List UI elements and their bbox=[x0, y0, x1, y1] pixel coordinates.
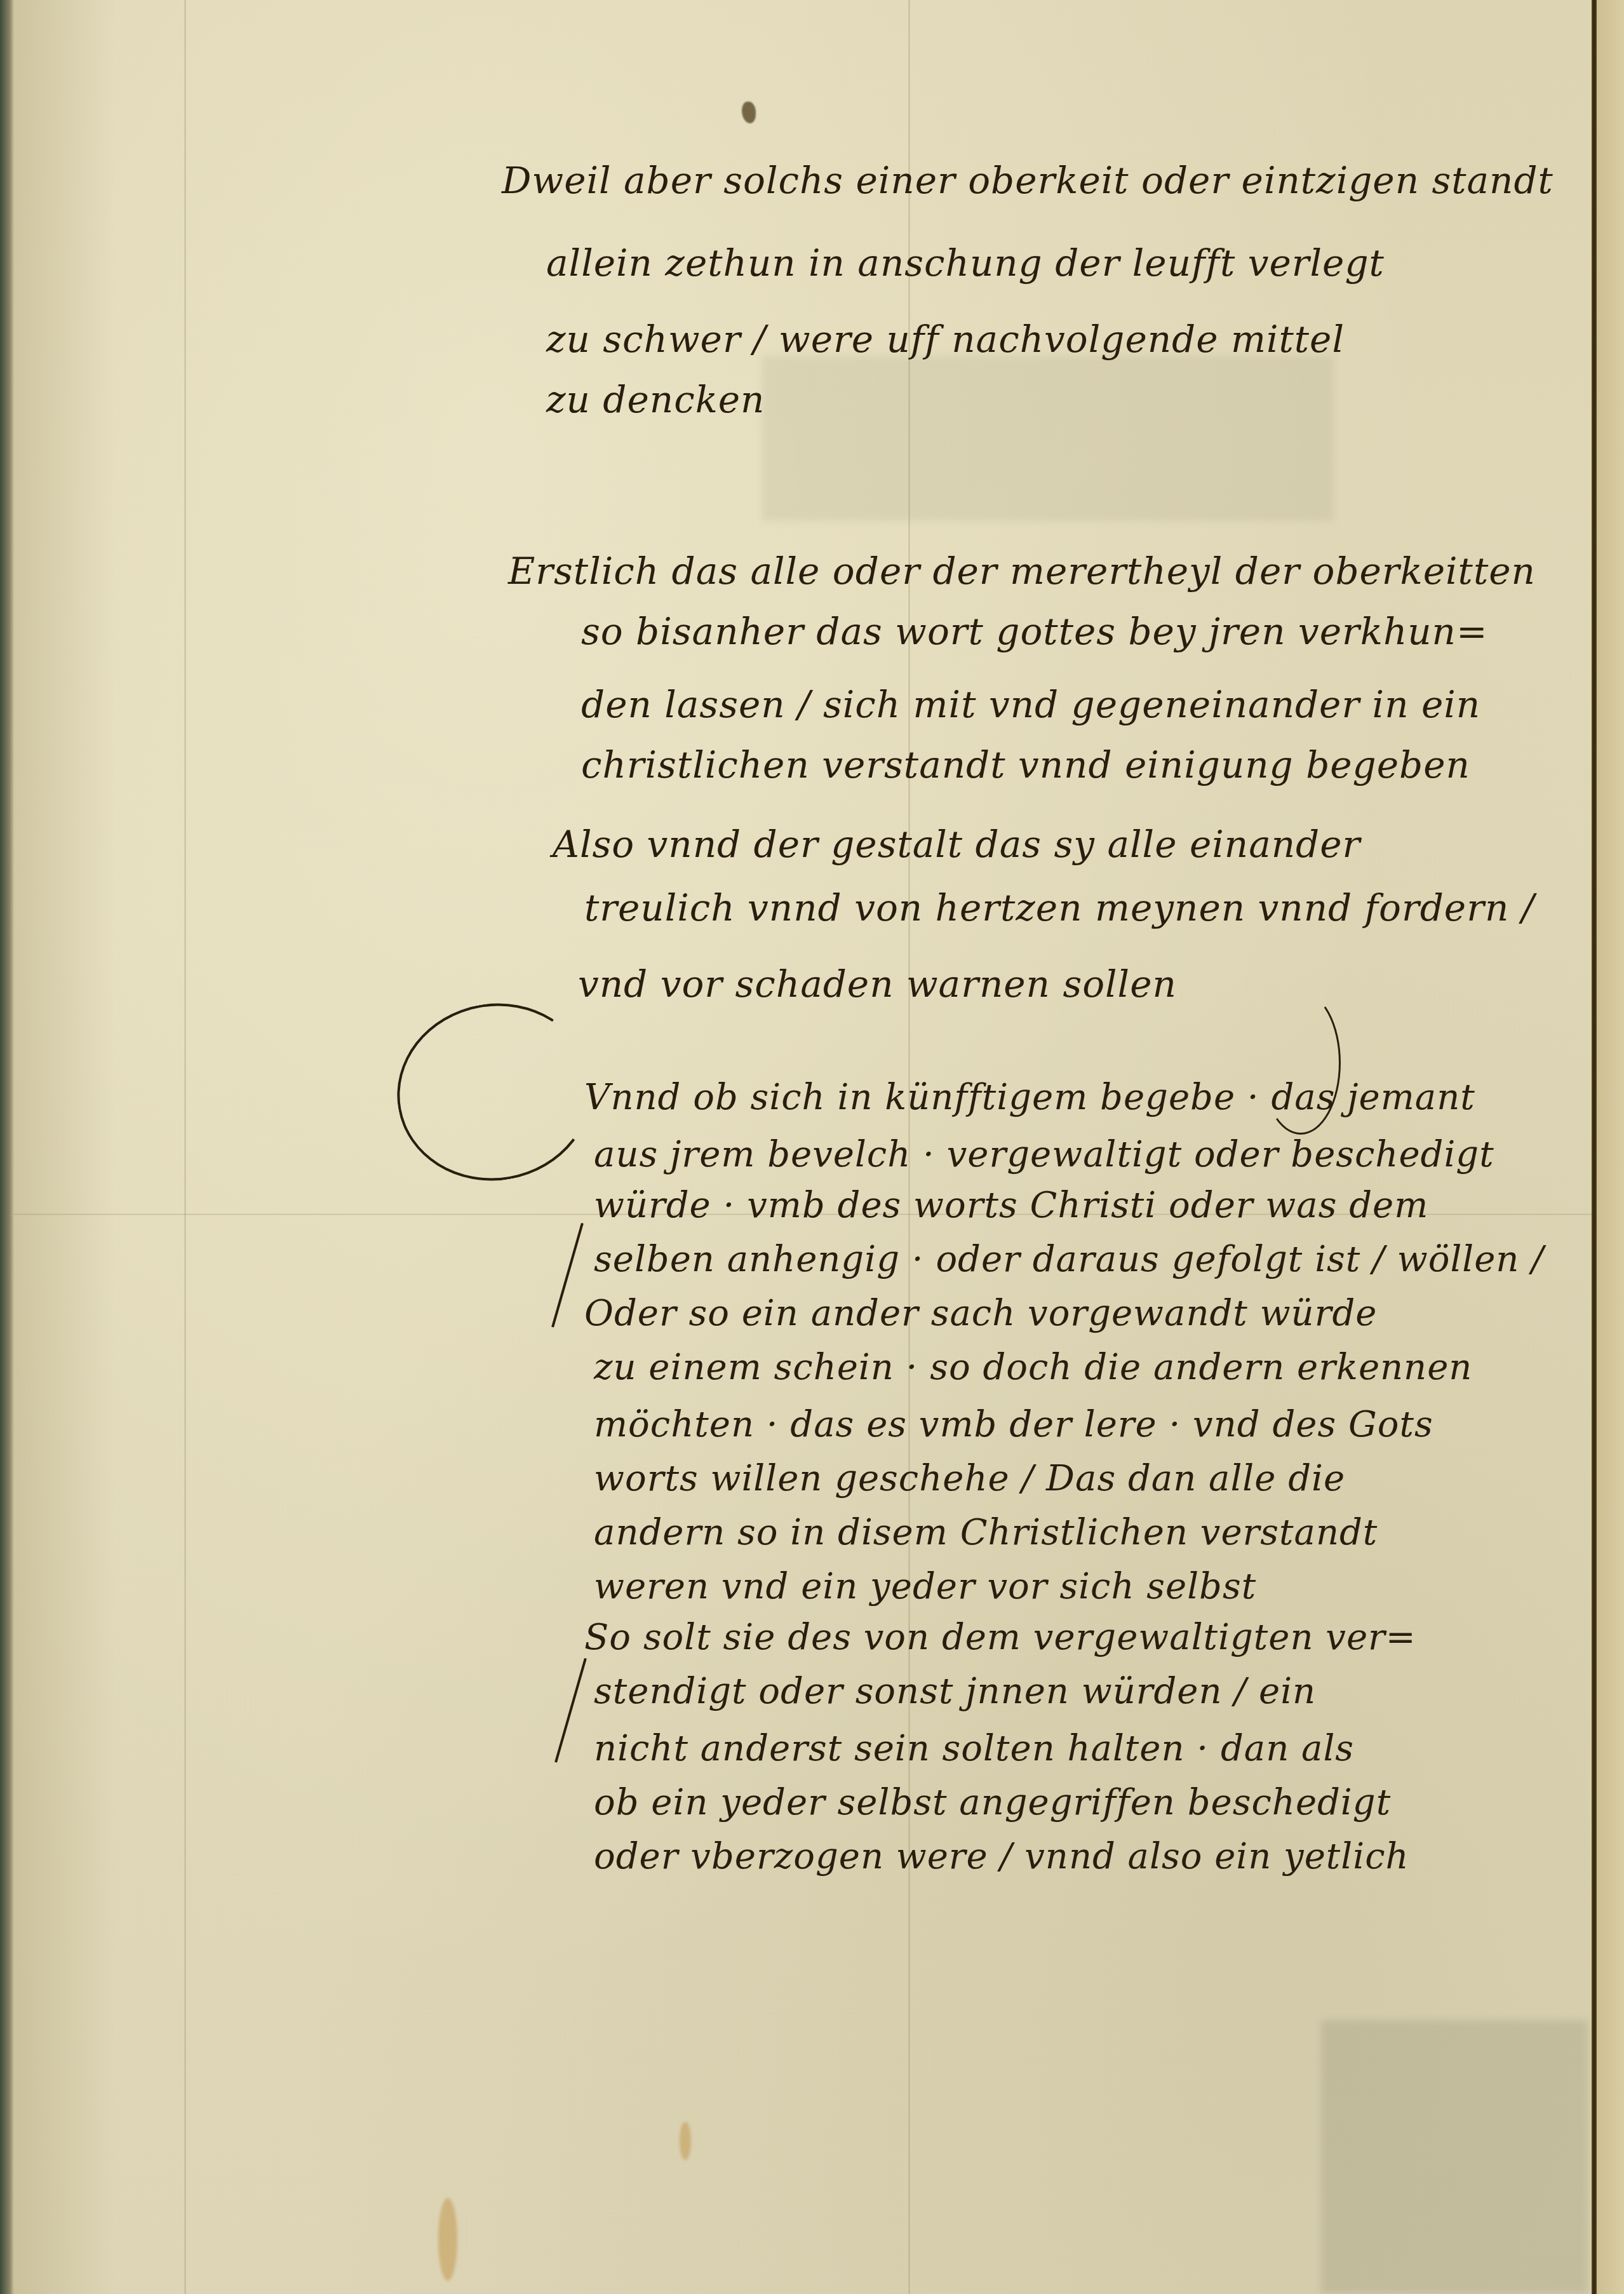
text-line: aus jrem bevelch · vergewaltigt oder bes… bbox=[594, 1137, 1494, 1173]
text-line: Erstlich das alle oder der merertheyl de… bbox=[508, 553, 1536, 590]
ink-bleed-through bbox=[762, 356, 1334, 521]
paper-stain bbox=[438, 2198, 457, 2281]
text-line: So solt sie des von dem vergewaltigten v… bbox=[584, 1620, 1416, 1656]
text-line: zu dencken bbox=[546, 381, 765, 418]
text-line: worts willen geschehe / Das dan alle die bbox=[594, 1461, 1345, 1497]
text-line: den lassen / sich mit vnd gegeneinander … bbox=[581, 686, 1480, 723]
text-line: andern so in disem Christlichen verstand… bbox=[594, 1515, 1378, 1551]
text-line: Vnnd ob sich in künfftigem begebe · das … bbox=[584, 1080, 1475, 1116]
text-line: Dweil aber solchs einer oberkeit oder ei… bbox=[502, 162, 1554, 199]
text-line: ob ein yeder selbst angegriffen beschedi… bbox=[594, 1785, 1391, 1821]
ragged-left-margin bbox=[14, 0, 116, 2294]
manuscript-scan: Dweil aber solchs einer oberkeit oder ei… bbox=[0, 0, 1624, 2294]
text-line: oder vberzogen were / vnnd also ein yetl… bbox=[594, 1839, 1409, 1875]
text-line: vnd vor schaden warnen sollen bbox=[578, 966, 1177, 1002]
text-line: würde · vmb des worts Christi oder was d… bbox=[594, 1188, 1428, 1224]
text-line: Also vnnd der gestalt das sy alle einand… bbox=[553, 826, 1360, 863]
text-line: selben anhengig · oder daraus gefolgt is… bbox=[594, 1242, 1544, 1278]
text-line: christlichen verstandt vnnd einigung beg… bbox=[581, 746, 1470, 783]
text-line: zu schwer / were uff nachvolgende mittel bbox=[546, 321, 1345, 358]
text-line: nicht anderst sein solten halten · dan a… bbox=[594, 1731, 1354, 1767]
text-line: weren vnd ein yeder vor sich selbst bbox=[594, 1569, 1256, 1605]
text-line: treulich vnnd von hertzen meynen vnnd fo… bbox=[584, 889, 1534, 926]
text-line: Oder so ein ander sach vorgewandt würde bbox=[584, 1296, 1377, 1332]
text-line: möchten · das es vmb der lere · vnd des … bbox=[594, 1407, 1433, 1443]
ink-bleed-through bbox=[1321, 2020, 1588, 2293]
text-line: stendigt oder sonst jnnen würden / ein bbox=[594, 1674, 1316, 1710]
text-line: allein zethun in anschung der leufft ver… bbox=[546, 245, 1385, 281]
left-page-edge bbox=[0, 0, 14, 2294]
text-line: zu einem schein · so doch die andern erk… bbox=[594, 1350, 1472, 1386]
binding-edge bbox=[1592, 0, 1597, 2294]
paper-stain bbox=[680, 2122, 691, 2160]
vertical-fold-crease bbox=[184, 0, 186, 2294]
facing-page-strip bbox=[1597, 0, 1624, 2294]
text-line: so bisanher das wort gottes bey jren ver… bbox=[581, 613, 1488, 650]
